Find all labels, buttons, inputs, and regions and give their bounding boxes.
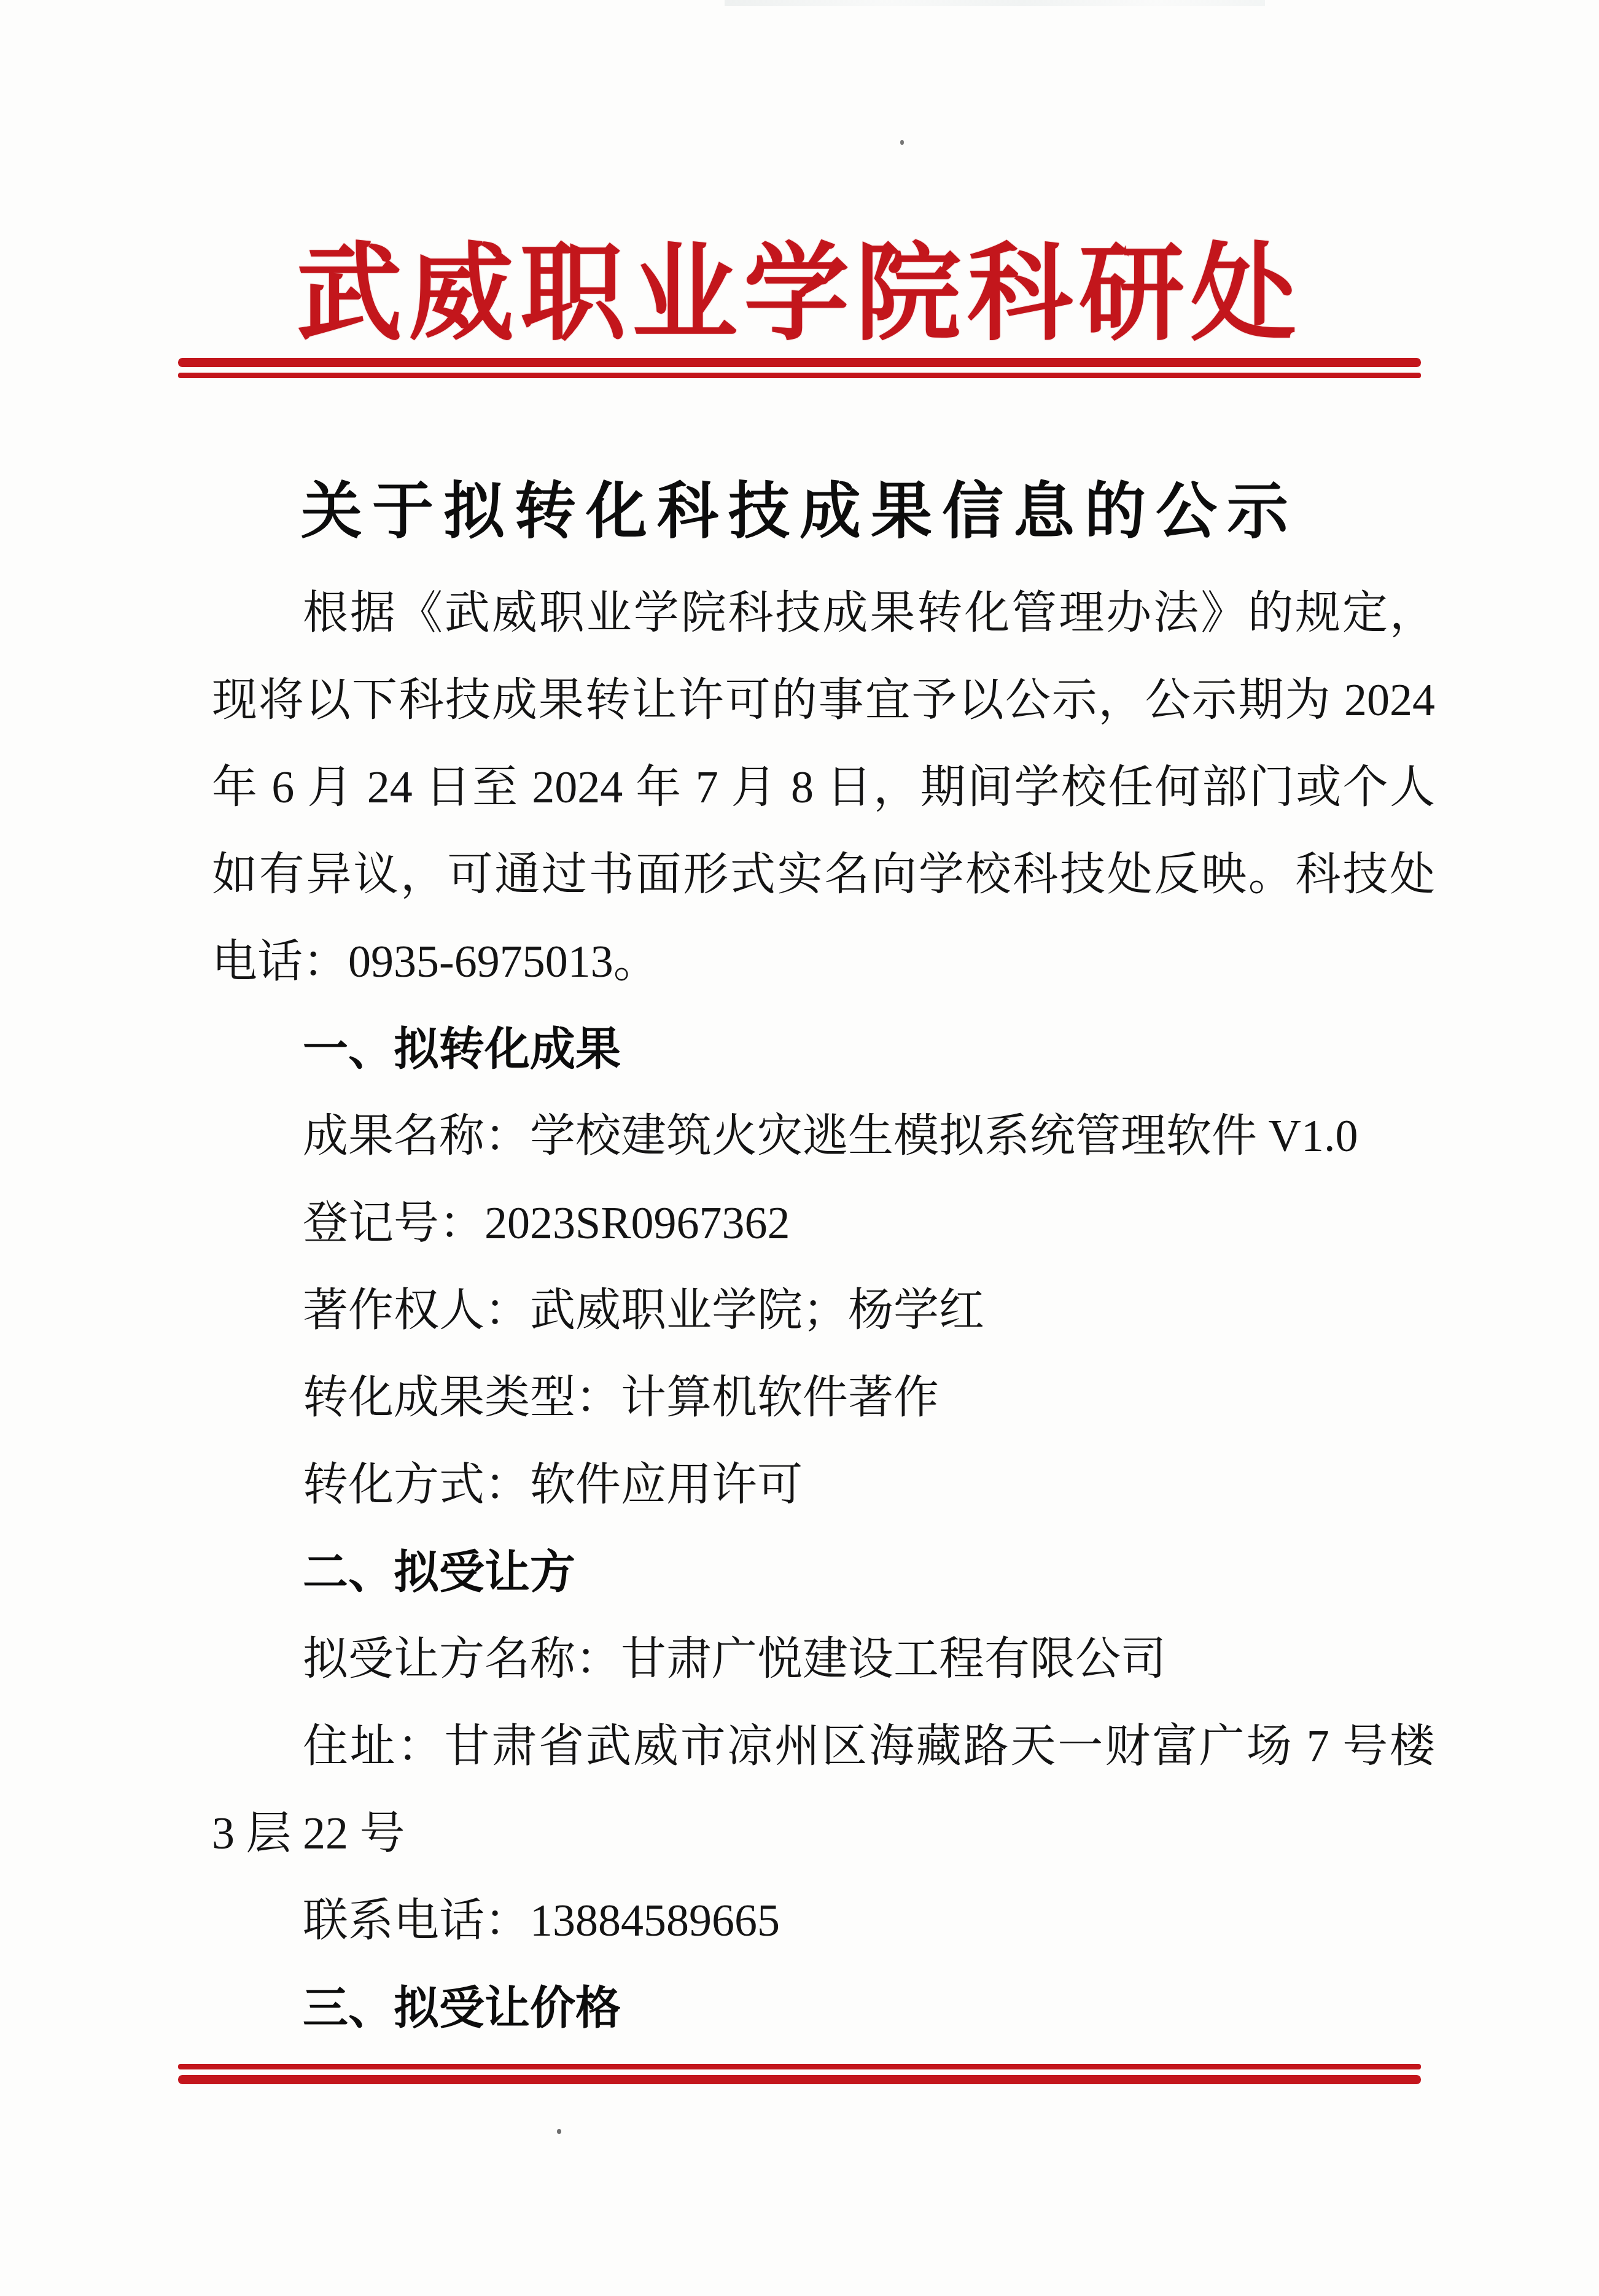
copyright-holder-line: 著作权人：武威职业学院；杨学红 xyxy=(212,1267,1435,1354)
result-type-line: 转化成果类型：计算机软件著作 xyxy=(212,1354,1435,1441)
section-2-heading: 二、拟受让方 xyxy=(212,1529,1435,1616)
header-double-rule xyxy=(178,358,1421,378)
intro-line-3: 年 6 月 24 日至 2024 年 7 月 8 日，期间学校任何部门或个人 xyxy=(212,744,1435,831)
header-rule-thick-line xyxy=(178,358,1421,367)
transferee-address-continuation-line: 3 层 22 号 xyxy=(212,1790,1435,1877)
intro-line-5-phone: 电话：0935-6975013。 xyxy=(212,918,1435,1006)
document-body: 根据《武威职业学院科技成果转化管理办法》的规定， 现将以下科技成果转让许可的事宜… xyxy=(212,570,1435,2052)
result-name-line: 成果名称：学校建筑火灾逃生模拟系统管理软件 V1.0 xyxy=(212,1093,1435,1180)
section-3-heading: 三、拟受让价格 xyxy=(212,1964,1435,2052)
header-rule-gap xyxy=(178,367,1421,373)
footer-rule-thin-line xyxy=(178,2064,1421,2069)
transferee-address-line: 住址：甘肃省武威市凉州区海藏路天一财富广场 7 号楼 xyxy=(212,1703,1435,1790)
scan-speck xyxy=(557,2129,561,2134)
intro-line-4: 如有异议，可通过书面形式实名向学校科技处反映。科技处 xyxy=(212,831,1435,918)
intro-line-2: 现将以下科技成果转让许可的事宜予以公示，公示期为 2024 xyxy=(212,657,1435,744)
registration-number-line: 登记号：2023SR0967362 xyxy=(212,1180,1435,1267)
conversion-method-line: 转化方式：软件应用许可 xyxy=(212,1441,1435,1529)
masthead-title: 武威职业学院科研处 xyxy=(0,209,1599,360)
footer-rule-gap xyxy=(178,2069,1421,2075)
document-title: 关于拟转化科技成果信息的公示 xyxy=(0,462,1599,550)
document-page: 武威职业学院科研处 关于拟转化科技成果信息的公示 根据《武威职业学院科技成果转化… xyxy=(0,0,1599,2296)
footer-double-rule xyxy=(178,2064,1421,2084)
section-1-heading: 一、拟转化成果 xyxy=(212,1006,1435,1093)
header-rule-thin-line xyxy=(178,373,1421,378)
intro-line-1: 根据《武威职业学院科技成果转化管理办法》的规定， xyxy=(212,570,1435,657)
contact-phone-line: 联系电话：13884589665 xyxy=(212,1877,1435,1964)
scan-speck xyxy=(900,140,904,145)
footer-rule-thick-line xyxy=(178,2075,1421,2084)
scan-edge-noise xyxy=(725,0,1265,6)
transferee-name-line: 拟受让方名称：甘肃广悦建设工程有限公司 xyxy=(212,1616,1435,1703)
